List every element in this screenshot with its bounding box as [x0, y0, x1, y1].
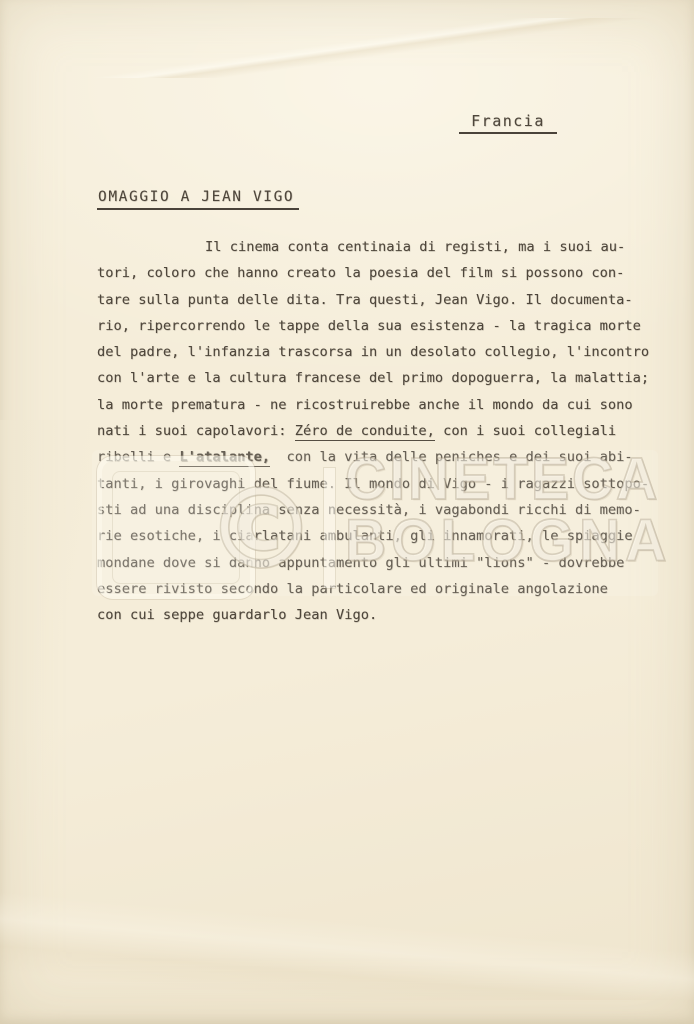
- text-line: nati i suoi capolavori: Zéro de conduite…: [97, 418, 653, 444]
- text-line: con l'arte e la cultura francese del pri…: [97, 365, 653, 391]
- text-segment: sti ad una disciplina senza necessità, i…: [97, 502, 641, 518]
- text-line: del padre, l'infanzia trascorsa in un de…: [97, 339, 653, 365]
- text-segment: tori, coloro che hanno creato la poesia …: [97, 265, 624, 281]
- text-line: con cui seppe guardarlo Jean Vigo.: [97, 602, 653, 628]
- film-title-text: L'atalante,: [179, 449, 270, 467]
- document-title: OMAGGIO A JEAN VIGO: [97, 189, 299, 210]
- text-line: ribelli e L'atalante, con la vita delle …: [97, 444, 653, 470]
- text-segment: nati i suoi capolavori:: [97, 423, 295, 439]
- text-segment: essere rivisto secondo la particolare ed…: [97, 581, 608, 597]
- text-segment: mondane dove si danno appuntamento gli u…: [97, 555, 624, 571]
- document-body-paragraph: Il cinema conta centinaia di registi, ma…: [97, 234, 653, 628]
- text-line: tare sulla punta delle dita. Tra questi,…: [97, 287, 653, 313]
- paper-crease: [0, 18, 694, 78]
- text-segment: la morte prematura - ne ricostruirebbe a…: [97, 397, 633, 413]
- text-segment: Il cinema conta centinaia di registi, ma…: [205, 239, 625, 255]
- text-segment: tanti, i girovaghi del fiume. Il mondo d…: [97, 476, 649, 492]
- text-line: tanti, i girovaghi del fiume. Il mondo d…: [97, 471, 653, 497]
- region-label: Francia: [459, 112, 557, 134]
- text-segment: con la vita delle peniches e dei suoi ab…: [270, 449, 633, 465]
- text-segment: del padre, l'infanzia trascorsa in un de…: [97, 344, 649, 360]
- text-segment: con i suoi collegiali: [435, 423, 616, 439]
- text-segment: con cui seppe guardarlo Jean Vigo.: [97, 607, 377, 623]
- text-segment: rie esotiche, i ciarlatani ambulanti, gl…: [97, 528, 633, 544]
- text-line: mondane dove si danno appuntamento gli u…: [97, 550, 653, 576]
- text-line: rio, ripercorrendo le tappe della sua es…: [97, 313, 653, 339]
- text-line: rie esotiche, i ciarlatani ambulanti, gl…: [97, 523, 653, 549]
- text-line: essere rivisto secondo la particolare ed…: [97, 576, 653, 602]
- text-segment: tare sulla punta delle dita. Tra questi,…: [97, 292, 633, 308]
- text-segment: con l'arte e la cultura francese del pri…: [97, 370, 649, 386]
- paper-crease: [0, 420, 90, 820]
- text-line: sti ad una disciplina senza necessità, i…: [97, 497, 653, 523]
- text-segment: rio, ripercorrendo le tappe della sua es…: [97, 318, 641, 334]
- text-line: Il cinema conta centinaia di registi, ma…: [97, 234, 653, 260]
- scanned-document-page: Francia OMAGGIO A JEAN VIGO Il cinema co…: [0, 0, 694, 1024]
- text-line: la morte prematura - ne ricostruirebbe a…: [97, 392, 653, 418]
- film-title-text: Zéro de conduite,: [295, 423, 435, 441]
- paper-crease: [0, 880, 694, 1000]
- text-line: tori, coloro che hanno creato la poesia …: [97, 260, 653, 286]
- text-segment: ribelli e: [97, 449, 179, 465]
